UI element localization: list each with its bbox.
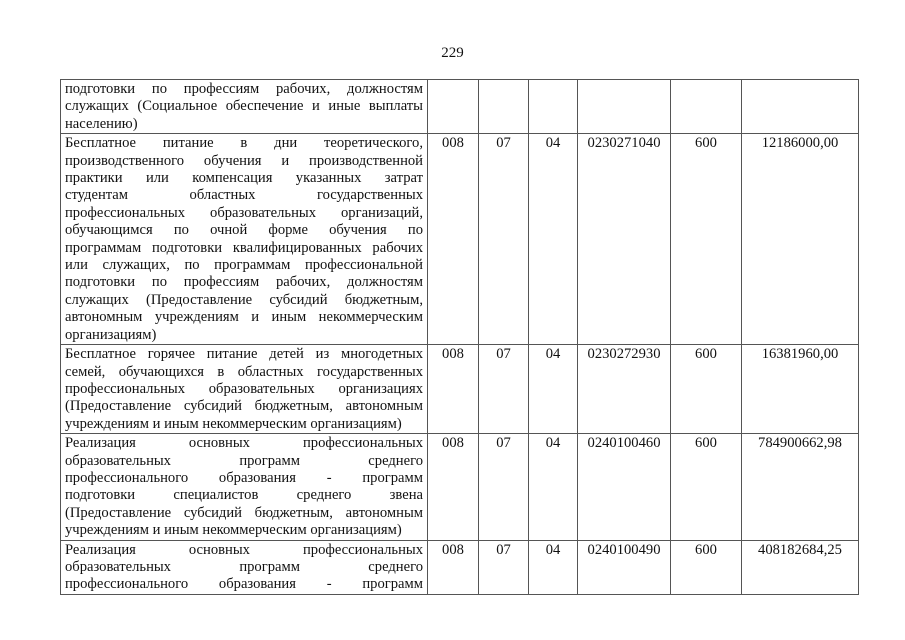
table-row: Бесплатное питание в дни теоретического,… <box>61 134 859 345</box>
target-article-cell: 0230271040 <box>578 134 671 345</box>
expense-type-cell: 600 <box>671 134 742 345</box>
description-line: студентам областных государственных <box>65 187 423 204</box>
budget-table: подготовки по профессиям рабочих, должно… <box>60 79 859 595</box>
table-row: Реализация основных профессиональныхобра… <box>61 434 859 540</box>
section-code-cell <box>479 80 529 134</box>
description-line: семей, обучающихся в областных государст… <box>65 364 423 381</box>
description-line: (Предоставление субсидий бюджетным, авто… <box>65 398 423 415</box>
expense-type-cell: 600 <box>671 434 742 540</box>
amount-cell: 784900662,98 <box>742 434 859 540</box>
description-line: Реализация основных профессиональных <box>65 542 423 559</box>
description-line: подготовки специалистов среднего звена <box>65 487 423 504</box>
target-article-cell: 0240100460 <box>578 434 671 540</box>
section-code-cell: 07 <box>479 345 529 434</box>
target-article-cell <box>578 80 671 134</box>
subsection-code-cell: 04 <box>529 134 578 345</box>
table-row: подготовки по профессиям рабочих, должно… <box>61 80 859 134</box>
description-line: или служащих, по программам профессионал… <box>65 257 423 274</box>
section-code-cell: 07 <box>479 434 529 540</box>
description-line: подготовки по профессиям рабочих, должно… <box>65 81 423 98</box>
section-code-cell: 07 <box>479 134 529 345</box>
description-line: служащих (Предоставление субсидий бюджет… <box>65 292 423 309</box>
subsection-code-cell: 04 <box>529 540 578 594</box>
ministry-code-cell: 008 <box>428 434 479 540</box>
description-line: учреждениям и иным некоммерческим органи… <box>65 416 423 433</box>
description-line: образовательных программ среднего <box>65 559 423 576</box>
subsection-code-cell <box>529 80 578 134</box>
description-line: профессиональных образовательных организ… <box>65 205 423 222</box>
expense-type-cell <box>671 80 742 134</box>
page-number: 229 <box>0 44 905 62</box>
description-line: автономным учреждениям и иным некоммерче… <box>65 309 423 326</box>
description-line: профессионального образования - программ <box>65 470 423 487</box>
description-cell: Бесплатное питание в дни теоретического,… <box>61 134 428 345</box>
description-line: обучающимся по очной форме обучения по <box>65 222 423 239</box>
ministry-code-cell: 008 <box>428 540 479 594</box>
description-line: практики или компенсация указанных затра… <box>65 170 423 187</box>
expense-type-cell: 600 <box>671 540 742 594</box>
ministry-code-cell: 008 <box>428 134 479 345</box>
table-row: Реализация основных профессиональныхобра… <box>61 540 859 594</box>
amount-cell: 16381960,00 <box>742 345 859 434</box>
subsection-code-cell: 04 <box>529 345 578 434</box>
target-article-cell: 0230272930 <box>578 345 671 434</box>
description-cell: Бесплатное горячее питание детей из мног… <box>61 345 428 434</box>
description-cell: Реализация основных профессиональныхобра… <box>61 434 428 540</box>
section-code-cell: 07 <box>479 540 529 594</box>
description-line: населению) <box>65 116 423 133</box>
description-line: профессиональных образовательных организ… <box>65 381 423 398</box>
description-line: Реализация основных профессиональных <box>65 435 423 452</box>
description-line: организациям) <box>65 327 423 344</box>
description-line: производственного обучения и производств… <box>65 153 423 170</box>
description-line: учреждениям и иным некоммерческим органи… <box>65 522 423 539</box>
description-line: образовательных программ среднего <box>65 453 423 470</box>
description-line: подготовки по профессиям рабочих, должно… <box>65 274 423 291</box>
target-article-cell: 0240100490 <box>578 540 671 594</box>
expense-type-cell: 600 <box>671 345 742 434</box>
amount-cell: 12186000,00 <box>742 134 859 345</box>
description-line: Бесплатное горячее питание детей из мног… <box>65 346 423 363</box>
description-line: программам подготовки квалифицированных … <box>65 240 423 257</box>
description-cell: Реализация основных профессиональныхобра… <box>61 540 428 594</box>
ministry-code-cell <box>428 80 479 134</box>
amount-cell <box>742 80 859 134</box>
description-line: служащих (Социальное обеспечение и иные … <box>65 98 423 115</box>
subsection-code-cell: 04 <box>529 434 578 540</box>
description-line: профессионального образования - программ <box>65 576 423 593</box>
description-line: (Предоставление субсидий бюджетным, авто… <box>65 505 423 522</box>
table-row: Бесплатное горячее питание детей из мног… <box>61 345 859 434</box>
description-line: Бесплатное питание в дни теоретического, <box>65 135 423 152</box>
ministry-code-cell: 008 <box>428 345 479 434</box>
description-cell: подготовки по профессиям рабочих, должно… <box>61 80 428 134</box>
amount-cell: 408182684,25 <box>742 540 859 594</box>
